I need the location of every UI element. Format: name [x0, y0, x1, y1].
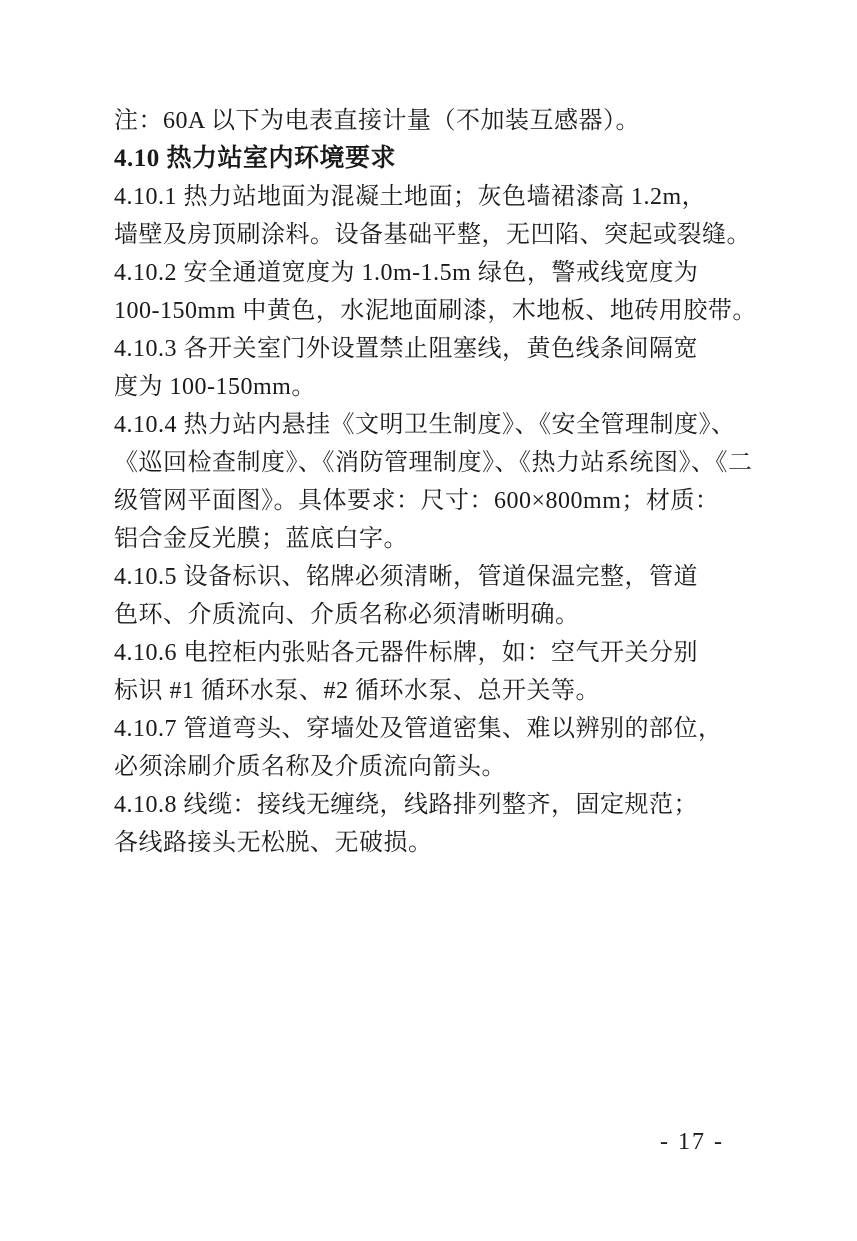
- body-line: 4.10.5 设备标识、铭牌必须清晰，管道保温完整，管道: [114, 558, 746, 596]
- body-line: 4.10.6 电控柜内张贴各元器件标牌，如：空气开关分别: [114, 634, 746, 672]
- body-line: 4.10.2 安全通道宽度为 1.0m-1.5m 绿色，警戒线宽度为: [114, 254, 746, 292]
- document-body: 注：60A 以下为电表直接计量（不加装互感器）。 4.10 热力站室内环境要求 …: [114, 102, 746, 862]
- body-line: 度为 100-150mm。: [114, 368, 746, 406]
- body-line: 4.10.8 线缆：接线无缠绕，线路排列整齐，固定规范；: [114, 786, 746, 824]
- section-heading: 4.10 热力站室内环境要求: [114, 140, 746, 178]
- body-line: 各线路接头无松脱、无破损。: [114, 824, 746, 862]
- body-line: 级管网平面图》。具体要求：尺寸：600×800mm；材质：: [114, 482, 746, 520]
- body-line: 必须涂刷介质名称及介质流向箭头。: [114, 748, 746, 786]
- body-line: 4.10.1 热力站地面为混凝土地面；灰色墙裙漆高 1.2m，: [114, 178, 746, 216]
- body-line: 标识 #1 循环水泵、#2 循环水泵、总开关等。: [114, 672, 746, 710]
- body-line: 墙壁及房顶刷涂料。设备基础平整，无凹陷、突起或裂缝。: [114, 216, 746, 254]
- body-line: 4.10.3 各开关室门外设置禁止阻塞线，黄色线条间隔宽: [114, 330, 746, 368]
- body-line: 色环、介质流向、介质名称必须清晰明确。: [114, 596, 746, 634]
- body-line: 铝合金反光膜；蓝底白字。: [114, 520, 746, 558]
- note-line: 注：60A 以下为电表直接计量（不加装互感器）。: [114, 102, 746, 140]
- document-page: 注：60A 以下为电表直接计量（不加装互感器）。 4.10 热力站室内环境要求 …: [0, 0, 857, 1241]
- body-line: 4.10.4 热力站内悬挂《文明卫生制度》、《安全管理制度》、: [114, 406, 746, 444]
- body-line: 《巡回检查制度》、《消防管理制度》、《热力站系统图》、《二: [114, 444, 746, 482]
- page-number: - 17 -: [660, 1126, 724, 1158]
- body-line: 100-150mm 中黄色，水泥地面刷漆，木地板、地砖用胶带。: [114, 292, 746, 330]
- body-line: 4.10.7 管道弯头、穿墙处及管道密集、难以辨别的部位，: [114, 710, 746, 748]
